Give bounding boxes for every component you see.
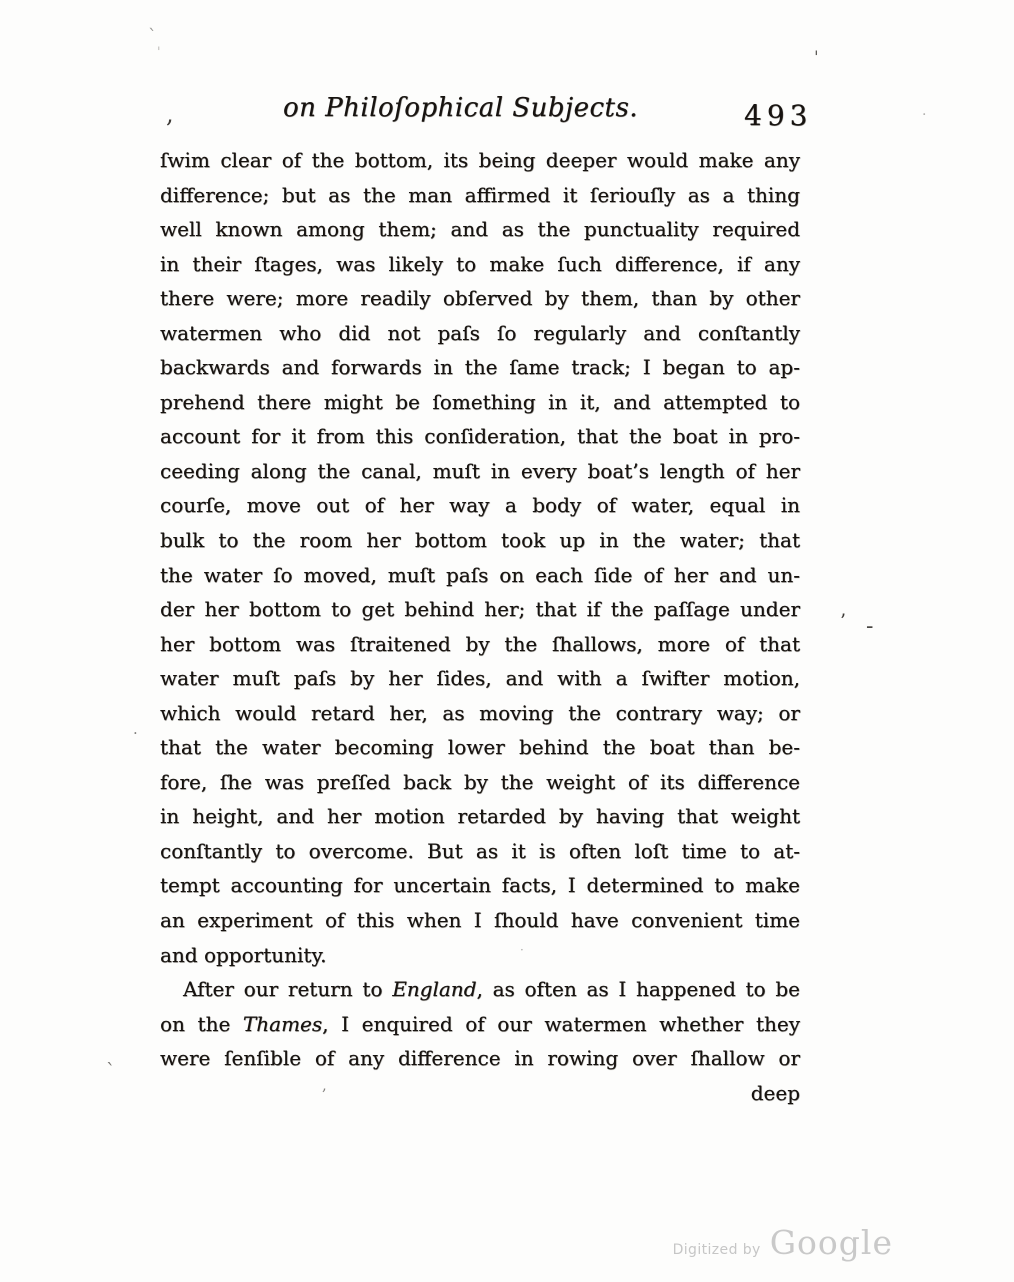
text-line: After our return to England, as often as… bbox=[160, 972, 800, 1007]
text-line: her bottom was ſtraitened by the ſhallow… bbox=[160, 627, 800, 662]
text-segment: fore, ſhe was preſſed back by the weight… bbox=[160, 770, 800, 794]
text-line: there were; more readily obſerved by the… bbox=[160, 281, 800, 316]
text-segment: courſe, move out of her way a body of wa… bbox=[160, 493, 800, 517]
catchword: deep bbox=[160, 1076, 800, 1111]
text-segment: prehend there might be ſomething in it, … bbox=[160, 390, 800, 414]
text-segment: , I enquired of our watermen whether the… bbox=[322, 1012, 800, 1036]
text-line: fore, ſhe was preſſed back by the weight… bbox=[160, 765, 800, 800]
text-segment: her bottom was ſtraitened by the ſhallow… bbox=[160, 632, 800, 656]
text-line: the water ſo moved, muſt paſs on each ſi… bbox=[160, 558, 800, 593]
text-line: which would retard her, as moving the co… bbox=[160, 696, 800, 731]
text-segment: ſwim clear of the bottom, its being deep… bbox=[160, 148, 800, 172]
text-segment: der her bottom to get behind her; that i… bbox=[160, 597, 800, 621]
text-line: prehend there might be ſomething in it, … bbox=[160, 385, 800, 420]
text-line: in their ſtages, was likely to make ſuch… bbox=[160, 247, 800, 282]
text-segment: on the bbox=[160, 1012, 243, 1036]
scan-speck: ’ bbox=[840, 612, 846, 631]
text-line: der her bottom to get behind her; that i… bbox=[160, 592, 800, 627]
text-segment: deep bbox=[751, 1081, 800, 1105]
text-line: watermen who did not paſs ſo regularly a… bbox=[160, 316, 800, 351]
text-line: that the water becoming lower behind the… bbox=[160, 730, 800, 765]
text-line: and opportunity. bbox=[160, 938, 800, 973]
text-segment: backwards and forwards in the ſame track… bbox=[160, 355, 800, 379]
running-title: on Philoſophical Subjects. bbox=[283, 93, 638, 123]
text-line: backwards and forwards in the ſame track… bbox=[160, 350, 800, 385]
text-line: account for it from this conſideration, … bbox=[160, 419, 800, 454]
scan-speck: · bbox=[922, 108, 926, 122]
text-segment: account for it from this conſideration, … bbox=[160, 424, 800, 448]
text-segment: the water ſo moved, muſt paſs on each ſi… bbox=[160, 563, 800, 587]
text-segment: and opportunity. bbox=[160, 943, 326, 967]
text-line: conſtantly to overcome. But as it is oft… bbox=[160, 834, 800, 869]
google-watermark: Digitized by Google bbox=[673, 1223, 893, 1262]
text-segment: which would retard her, as moving the co… bbox=[160, 701, 800, 725]
text-segment: water muſt paſs by her ſides, and with a… bbox=[160, 666, 800, 690]
text-segment: were ſenſible of any difference in rowin… bbox=[160, 1046, 800, 1070]
text-segment: well known among them; and as the punctu… bbox=[160, 217, 800, 241]
text-segment: tempt accounting for uncertain facts, I … bbox=[160, 873, 800, 897]
text-line: tempt accounting for uncertain facts, I … bbox=[160, 868, 800, 903]
text-segment: that the water becoming lower behind the… bbox=[160, 735, 800, 759]
text-line: were ſenſible of any difference in rowin… bbox=[160, 1041, 800, 1076]
scanned-book-page: on Philoſophical Subjects. 493 ſwim clea… bbox=[0, 0, 1014, 1282]
text-segment: , as often as I happened to be bbox=[477, 977, 800, 1001]
text-line: well known among them; and as the punctu… bbox=[160, 212, 800, 247]
scan-speck: · bbox=[133, 726, 138, 741]
scan-speck: ` bbox=[106, 1062, 116, 1081]
text-segment: bulk to the room her bottom took up in t… bbox=[160, 528, 800, 552]
text-segment: After our return to bbox=[183, 977, 392, 1001]
google-logo: Google bbox=[770, 1223, 893, 1262]
text-line: in height, and her motion retarded by ha… bbox=[160, 799, 800, 834]
digitized-by-label: Digitized by bbox=[673, 1242, 761, 1258]
text-segment: an experiment of this when I ſhould have… bbox=[160, 908, 800, 932]
text-segment: difference; but as the man affirmed it ſ… bbox=[160, 183, 800, 207]
text-segment: ceeding along the canal, muſt in every b… bbox=[160, 459, 800, 483]
scan-speck: ' bbox=[814, 50, 819, 67]
page-number: 493 bbox=[744, 99, 812, 132]
italic-text: Thames bbox=[243, 1012, 322, 1036]
text-line: bulk to the room her bottom took up in t… bbox=[160, 523, 800, 558]
text-line: ſwim clear of the bottom, its being deep… bbox=[160, 143, 800, 178]
scan-speck: , bbox=[166, 102, 174, 126]
scan-speck: ` bbox=[148, 28, 157, 46]
text-line: water muſt paſs by her ſides, and with a… bbox=[160, 661, 800, 696]
scan-speck: ' bbox=[157, 46, 161, 59]
text-line: on the Thames, I enquired of our waterme… bbox=[160, 1007, 800, 1042]
text-segment: in height, and her motion retarded by ha… bbox=[160, 804, 800, 828]
text-line: an experiment of this when I ſhould have… bbox=[160, 903, 800, 938]
text-segment: there were; more readily obſerved by the… bbox=[160, 286, 800, 310]
text-segment: conſtantly to overcome. But as it is oft… bbox=[160, 839, 800, 863]
text-line: courſe, move out of her way a body of wa… bbox=[160, 488, 800, 523]
text-line: difference; but as the man affirmed it ſ… bbox=[160, 178, 800, 213]
text-segment: watermen who did not paſs ſo regularly a… bbox=[160, 321, 800, 345]
italic-text: England bbox=[392, 977, 476, 1001]
body-text: ſwim clear of the bottom, its being deep… bbox=[160, 143, 800, 1110]
text-segment: in their ſtages, was likely to make ſuch… bbox=[160, 252, 800, 276]
text-line: ceeding along the canal, muſt in every b… bbox=[160, 454, 800, 489]
scan-speck: - bbox=[866, 616, 873, 638]
